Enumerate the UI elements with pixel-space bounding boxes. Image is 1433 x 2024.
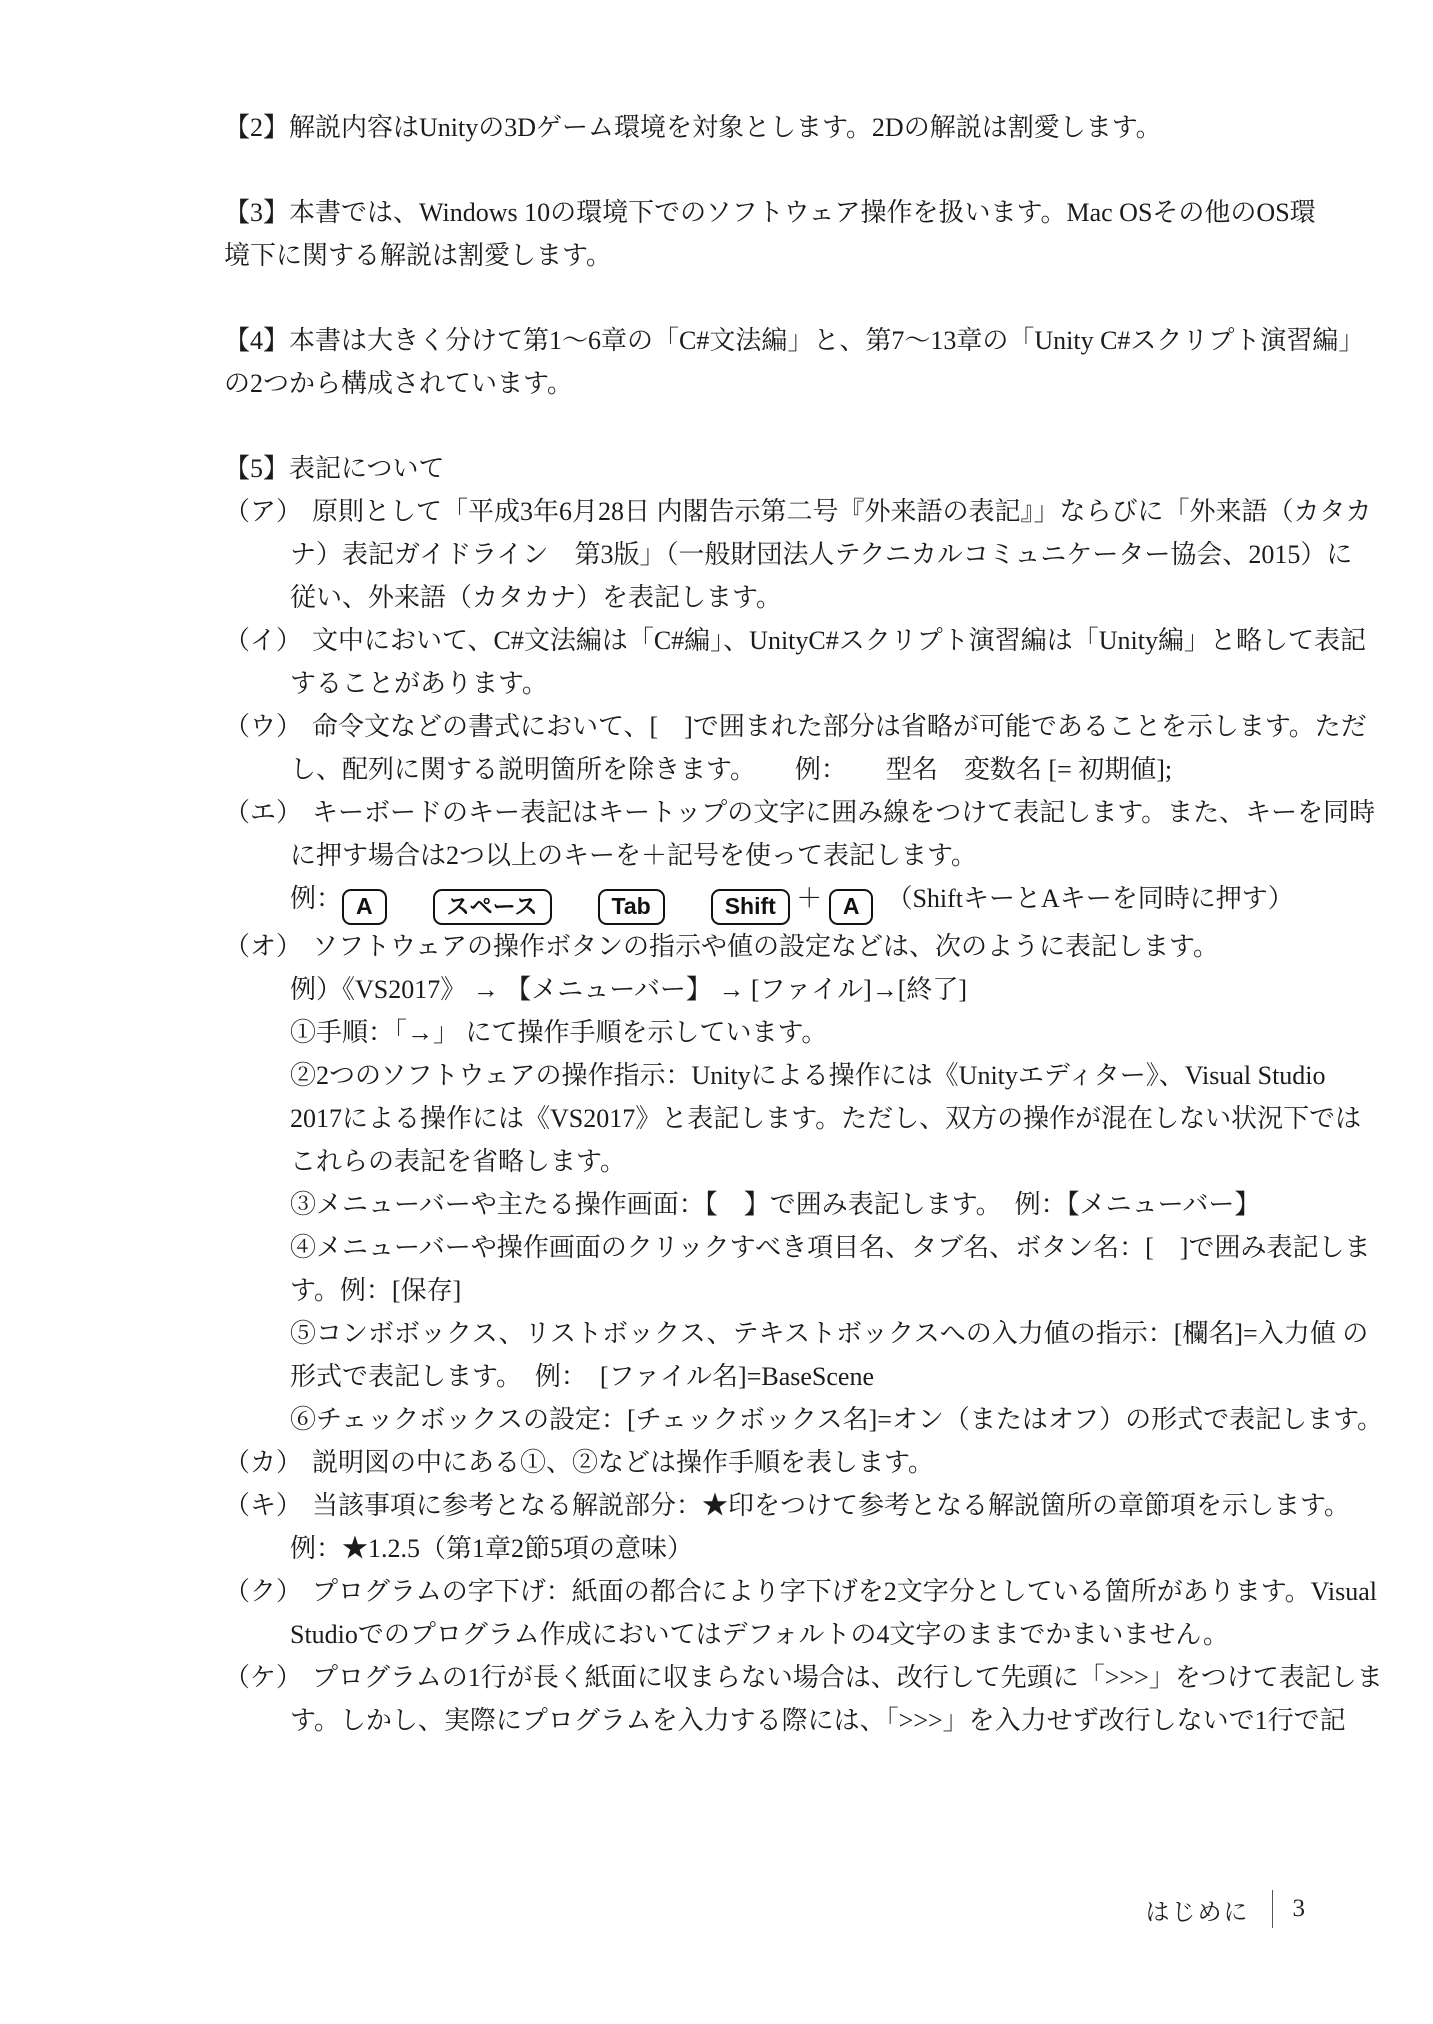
line-text: ④メニューバーや操作画面のクリックすべき項目名、タブ名、ボタン名：[ ]で囲み表…	[290, 1233, 1370, 1262]
text-line: （ケ）プログラムの1行が長く紙面に収まらない場合は、改行して先頭に「>>>」をつ…	[224, 1656, 1298, 1699]
item-label: （ケ）	[224, 1663, 302, 1692]
text-line: ⑤コンボボックス、リストボックス、テキストボックスへの入力値の指示：[欄名]=入…	[224, 1312, 1298, 1355]
key-example-line: 例：AスペースTabShift ＋ A （ShiftキーとAキーを同時に押す）	[224, 877, 1298, 925]
line-text: ⑤コンボボックス、リストボックス、テキストボックスへの入力値の指示：[欄名]=入…	[290, 1319, 1368, 1348]
footer-section-label: はじめに	[1146, 1892, 1250, 1927]
line-text: 【2】解説内容はUnityの3Dゲーム環境を対象とします。2Dの解説は割愛します…	[224, 113, 1162, 142]
line-text: 2017による操作には《VS2017》と表記します。ただし、双方の操作が混在しな…	[290, 1104, 1361, 1133]
text-block: 【4】本書は大きく分けて第1～6章の「C#文法編」と、第7～13章の「Unity…	[224, 319, 1298, 405]
text-line: 境下に関する解説は割愛します。	[224, 234, 1298, 277]
line-text: 原則として「平成3年6月28日 内閣告示第二号『外来語の表記』」ならびに「外来語…	[312, 497, 1372, 526]
line-text: 命令文などの書式において、[ ]で囲まれた部分は省略が可能であることを示します。…	[312, 712, 1367, 741]
line-text: ③メニューバーや主たる操作画面：【 】で囲み表記します。 例：【メニューバー】	[290, 1190, 1260, 1219]
line-text: し、配列に関する説明箇所を除きます。 例： 型名 変数名 [= 初期値];	[290, 755, 1172, 784]
line-text: の2つから構成されています。	[224, 369, 573, 398]
text-line: （オ）ソフトウェアの操作ボタンの指示や値の設定などは、次のように表記します。	[224, 925, 1298, 968]
item-label: （ウ）	[224, 712, 302, 741]
line-text: 説明図の中にある①、②などは操作手順を表します。	[312, 1448, 934, 1477]
text-line: ④メニューバーや操作画面のクリックすべき項目名、タブ名、ボタン名：[ ]で囲み表…	[224, 1226, 1298, 1269]
text-line: ⑥チェックボックスの設定：[チェックボックス名]=オン（またはオフ）の形式で表記…	[224, 1398, 1298, 1441]
text-line: ナ）表記ガイドライン 第3版」（一般財団法人テクニカルコミュニケーター協会、20…	[224, 533, 1298, 576]
line-text: Studioでのプログラム作成においてはデフォルトの4文字のままでかまいません。	[290, 1620, 1229, 1649]
key-cap: Shift	[711, 889, 790, 925]
text-line: 【2】解説内容はUnityの3Dゲーム環境を対象とします。2Dの解説は割愛します…	[224, 106, 1298, 149]
line-text: 境下に関する解説は割愛します。	[224, 241, 612, 270]
line-text: す。しかし、実際にプログラムを入力する際には、「>>>」を入力せず改行しないで1…	[290, 1706, 1346, 1735]
line-text: ⑥チェックボックスの設定：[チェックボックス名]=オン（またはオフ）の形式で表記…	[290, 1405, 1383, 1434]
text-line: ③メニューバーや主たる操作画面：【 】で囲み表記します。 例：【メニューバー】	[224, 1183, 1298, 1226]
text-line: 例：★1.2.5（第1章2節5項の意味）	[224, 1527, 1298, 1570]
line-text: 文中において、C#文法編は「C#編」、UnityC#スクリプト演習編は「Unit…	[312, 626, 1366, 655]
text-line: に押す場合は2つ以上のキーを＋記号を使って表記します。	[224, 834, 1298, 877]
line-text: ソフトウェアの操作ボタンの指示や値の設定などは、次のように表記します。	[312, 932, 1219, 961]
line-text: することがあります。	[290, 669, 548, 698]
key-cap: A	[829, 889, 874, 925]
text-line: ②2つのソフトウェアの操作指示：Unityによる操作には《Unityエディター》…	[224, 1054, 1298, 1097]
text-line: （キ）当該事項に参考となる解説部分：★印をつけて参考となる解説箇所の章節項を示し…	[224, 1484, 1298, 1527]
key-cap: A	[342, 889, 387, 925]
line-text: 【5】表記について	[224, 454, 444, 483]
text-line: （カ）説明図の中にある①、②などは操作手順を表します。	[224, 1441, 1298, 1484]
text-line: し、配列に関する説明箇所を除きます。 例： 型名 変数名 [= 初期値];	[224, 748, 1298, 791]
text-line: 例）《VS2017》 → 【メニューバー】 → [ファイル]→[終了]	[224, 968, 1298, 1011]
text-line: Studioでのプログラム作成においてはデフォルトの4文字のままでかまいません。	[224, 1613, 1298, 1656]
line-text: ナ）表記ガイドライン 第3版」（一般財団法人テクニカルコミュニケーター協会、20…	[290, 540, 1352, 569]
line-text: 当該事項に参考となる解説部分：★印をつけて参考となる解説箇所の章節項を示します。	[312, 1491, 1350, 1520]
text-block: 【2】解説内容はUnityの3Dゲーム環境を対象とします。2Dの解説は割愛します…	[224, 106, 1298, 149]
text-line: 形式で表記します。 例： [ファイル名]=BaseScene	[224, 1355, 1298, 1398]
text-line: （エ）キーボードのキー表記はキートップの文字に囲み線をつけて表記します。また、キ…	[224, 791, 1298, 834]
line-text: に押す場合は2つ以上のキーを＋記号を使って表記します。	[290, 841, 977, 870]
line-text: プログラムの1行が長く紙面に収まらない場合は、改行して先頭に「>>>」をつけて表…	[312, 1663, 1383, 1692]
text-line: 【4】本書は大きく分けて第1～6章の「C#文法編」と、第7～13章の「Unity…	[224, 319, 1298, 362]
line-text: 例）《VS2017》 → 【メニューバー】 → [ファイル]→[終了]	[290, 975, 967, 1004]
item-label: （イ）	[224, 626, 302, 655]
item-label: （カ）	[224, 1448, 302, 1477]
text-block: 【5】表記について（ア）原則として「平成3年6月28日 内閣告示第二号『外来語の…	[224, 447, 1298, 1742]
text-line: 【3】本書では、Windows 10の環境下でのソフトウェア操作を扱います。Ma…	[224, 191, 1298, 234]
line-text: 例：★1.2.5（第1章2節5項の意味）	[290, 1534, 693, 1563]
line-text: 【4】本書は大きく分けて第1～6章の「C#文法編」と、第7～13章の「Unity…	[224, 326, 1364, 355]
text-line: ①手順：「→」 にて操作手順を示しています。	[224, 1011, 1298, 1054]
line-text: プログラムの字下げ：紙面の都合により字下げを2文字分としている箇所があります。V…	[312, 1577, 1377, 1606]
line-text: す。例：[保存]	[290, 1276, 461, 1305]
line-text: 【3】本書では、Windows 10の環境下でのソフトウェア操作を扱います。Ma…	[224, 198, 1316, 227]
text-line: 【5】表記について	[224, 447, 1298, 490]
key-cap: Tab	[598, 889, 665, 925]
line-text: 従い、外来語（カタカナ）を表記します。	[290, 583, 782, 612]
footer-page-number: 3	[1293, 1895, 1306, 1923]
text-line: （ク）プログラムの字下げ：紙面の都合により字下げを2文字分としている箇所がありま…	[224, 1570, 1298, 1613]
text-segment: 例：	[290, 884, 342, 913]
line-text: ②2つのソフトウェアの操作指示：Unityによる操作には《Unityエディター》…	[290, 1061, 1326, 1090]
text-line: す。しかし、実際にプログラムを入力する際には、「>>>」を入力せず改行しないで1…	[224, 1699, 1298, 1742]
key-cap: スペース	[433, 889, 552, 925]
line-text: ①手順：「→」 にて操作手順を示しています。	[290, 1018, 827, 1047]
text-line: （ア）原則として「平成3年6月28日 内閣告示第二号『外来語の表記』」ならびに「…	[224, 490, 1298, 533]
line-text: キーボードのキー表記はキートップの文字に囲み線をつけて表記します。また、キーを同…	[312, 798, 1375, 827]
text-line: することがあります。	[224, 662, 1298, 705]
text-segment: ＋	[790, 884, 829, 913]
line-text: これらの表記を省略します。	[290, 1147, 626, 1176]
text-line: す。例：[保存]	[224, 1269, 1298, 1312]
text-line: これらの表記を省略します。	[224, 1140, 1298, 1183]
line-text: 形式で表記します。 例： [ファイル名]=BaseScene	[290, 1362, 874, 1391]
text-line: の2つから構成されています。	[224, 362, 1298, 405]
item-label: （ア）	[224, 497, 302, 526]
text-line: （ウ）命令文などの書式において、[ ]で囲まれた部分は省略が可能であることを示し…	[224, 705, 1298, 748]
item-label: （オ）	[224, 932, 302, 961]
item-label: （エ）	[224, 798, 302, 827]
text-segment: （ShiftキーとAキーを同時に押す）	[873, 884, 1293, 913]
page-footer: はじめに 3	[1146, 1890, 1306, 1928]
item-label: （キ）	[224, 1491, 302, 1520]
text-line: （イ）文中において、C#文法編は「C#編」、UnityC#スクリプト演習編は「U…	[224, 619, 1298, 662]
item-label: （ク）	[224, 1577, 302, 1606]
text-line: 2017による操作には《VS2017》と表記します。ただし、双方の操作が混在しな…	[224, 1097, 1298, 1140]
document-body: 【2】解説内容はUnityの3Dゲーム環境を対象とします。2Dの解説は割愛します…	[224, 106, 1298, 1742]
text-block: 【3】本書では、Windows 10の環境下でのソフトウェア操作を扱います。Ma…	[224, 191, 1298, 277]
footer-divider	[1272, 1890, 1273, 1928]
text-line: 従い、外来語（カタカナ）を表記します。	[224, 576, 1298, 619]
